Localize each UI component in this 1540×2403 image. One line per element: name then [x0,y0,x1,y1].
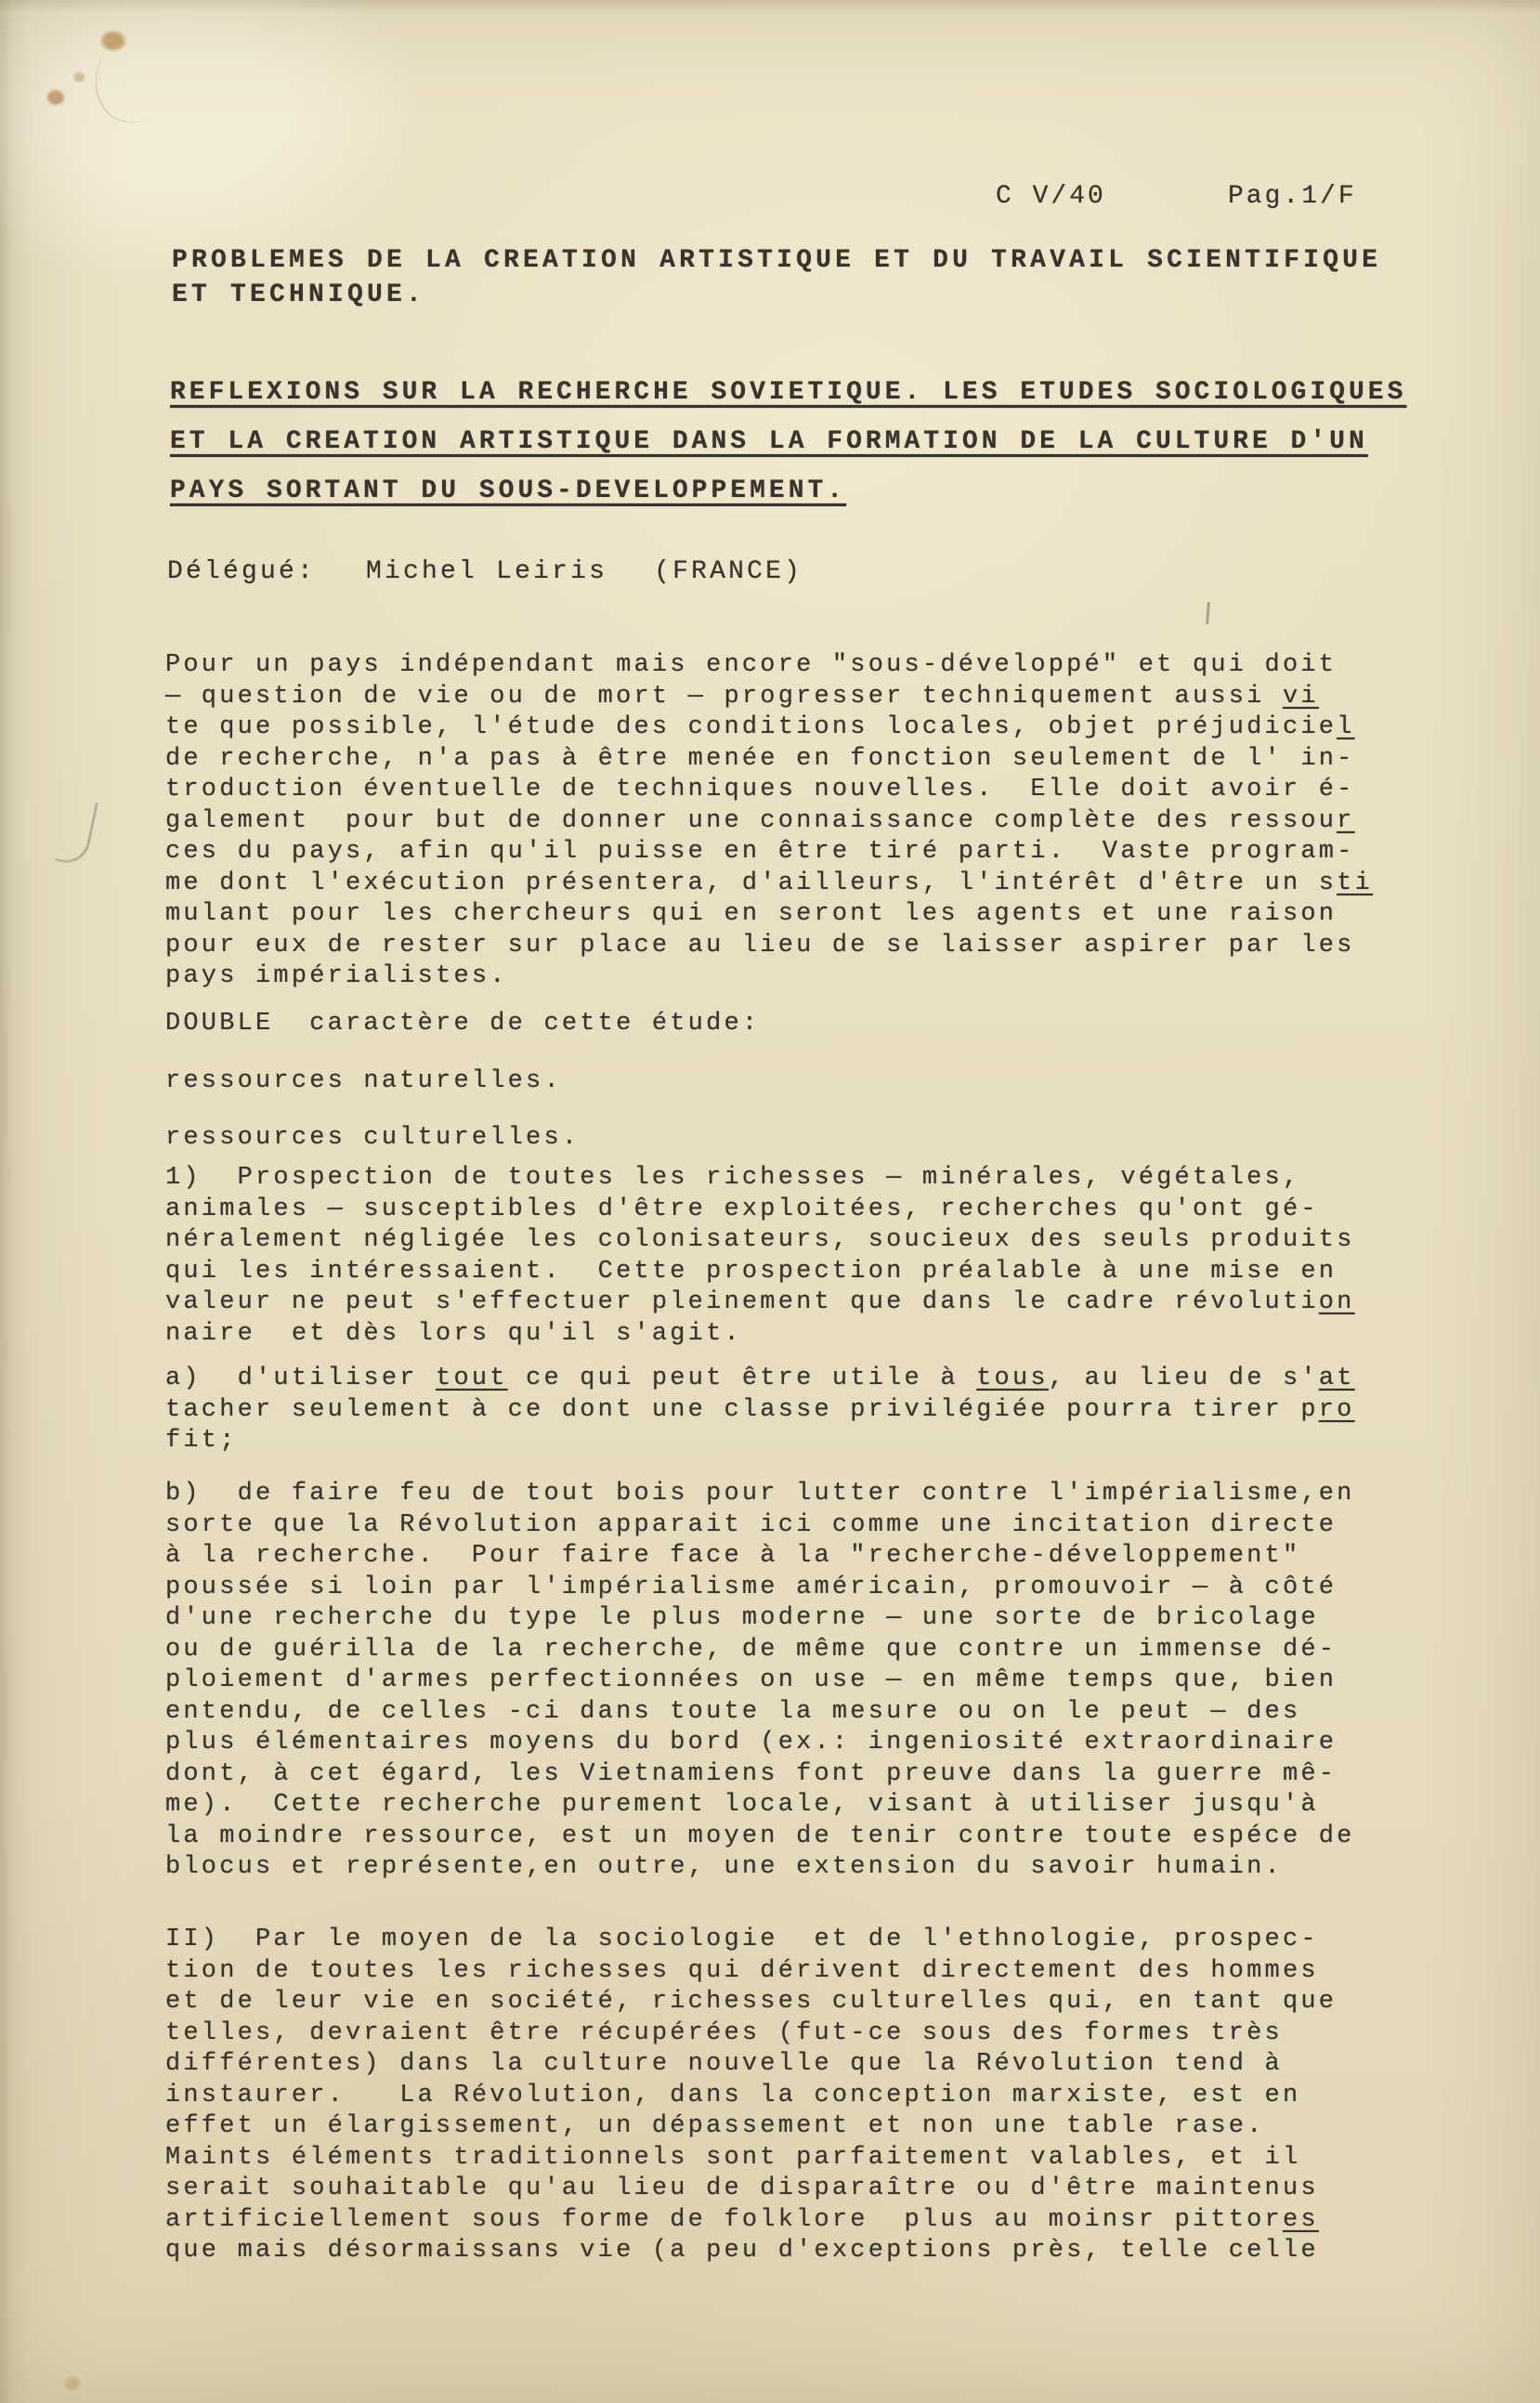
paragraph-intro: Pour un pays indépendant mais encore "so… [165,650,1373,993]
list-item-cultural-resources: ressources culturelles. [165,1123,580,1155]
pen-mark [55,796,98,867]
paragraph-section-2: II) Par le moyen de la sociologie et de … [165,1925,1337,2267]
paragraph-double-note: DOUBLE caractère de cette étude: [165,1009,760,1040]
paragraph-item-a: a) d'utiliser tout ce qui peut être util… [165,1364,1355,1457]
pen-tick-mark [1206,602,1210,624]
delegate-country: (FRANCE) [654,557,803,586]
paragraph-item-b: b) de faire feu de tout bois pour lutter… [165,1479,1355,1884]
delegate-label: Délégué: [167,557,316,586]
delegate-line: Délégué: Michel Leiris (FRANCE) [167,557,803,586]
paragraph-section-1: 1) Prospection de toutes les richesses —… [165,1163,1355,1350]
document-reference: C V/40 [996,182,1106,211]
page-reference: Pag.1/F [1228,182,1357,211]
paper-crease [73,6,209,137]
document-title: PROBLEMES DE LA CREATION ARTISTIQUE ET D… [172,243,1381,312]
subject-heading: REFLEXIONS SUR LA RECHERCHE SOVIETIQUE. … [170,368,1406,516]
list-item-natural-resources: ressources naturelles. [165,1066,562,1098]
document-page: C V/40 Pag.1/F PROBLEMES DE LA CREATION … [0,0,1540,2403]
delegate-name: Michel Leiris [366,557,607,586]
